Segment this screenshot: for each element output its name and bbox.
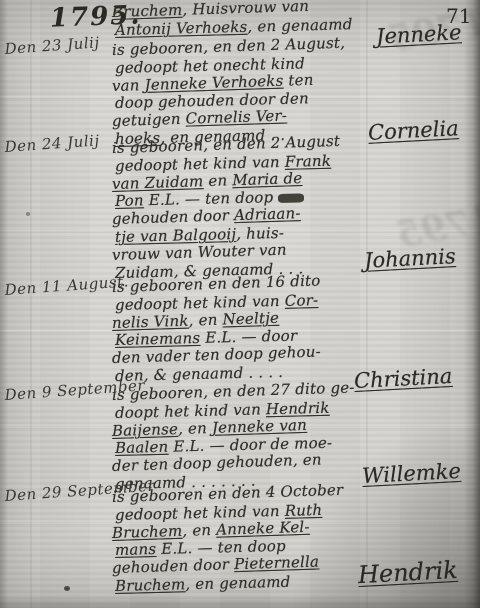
entry-body: is gebooren, en den 2 August gedoopt het… xyxy=(112,140,380,282)
text-segment: , en xyxy=(188,310,222,329)
text-segment: , en xyxy=(182,520,216,539)
text-segment: Neeltje xyxy=(222,308,279,328)
text-segment: Antonij Verhoeks xyxy=(115,18,248,39)
text-segment: Adriaan- xyxy=(234,204,301,224)
page-corner-shadow xyxy=(280,428,480,608)
text-segment: getuigen xyxy=(112,110,186,130)
text-segment: Baijense xyxy=(112,420,179,440)
text-segment: Pon xyxy=(115,192,144,211)
text-segment: Maria de xyxy=(232,169,303,189)
text-segment: Bruchem xyxy=(112,1,183,21)
text-segment: , en xyxy=(178,418,212,437)
text-segment: en xyxy=(203,171,232,190)
entry-name: Johannis xyxy=(363,243,474,273)
ink-blot xyxy=(278,193,304,203)
text-segment: mans xyxy=(115,540,157,559)
text-segment: , en genaamd xyxy=(247,15,353,36)
text-segment: Bruchem xyxy=(112,521,183,541)
text-segment: van xyxy=(112,76,145,95)
entry-body: is gebooren en den 16 dito gedoopt het k… xyxy=(112,279,380,386)
text-segment: Bruchem xyxy=(115,575,186,595)
ink-blot xyxy=(64,586,70,591)
manuscript-page: 1795 1795 1795. 71 Bruchem, Huisvrouw va… xyxy=(0,0,480,608)
text-segment: , en genaamd xyxy=(185,573,291,594)
text-segment: Frank xyxy=(285,152,332,171)
page-edge-shadow xyxy=(0,0,8,608)
text-segment: Cornelis Ver- xyxy=(185,107,287,128)
text-segment: ten xyxy=(283,70,314,89)
register-entry: Den 24 Julij is gebooren, en den 2 Augus… xyxy=(0,140,480,282)
register-entry: Den 11 August. is gebooren en den 16 dit… xyxy=(0,279,480,386)
text-segment: Cor- xyxy=(285,291,319,310)
ink-speck xyxy=(26,212,30,216)
